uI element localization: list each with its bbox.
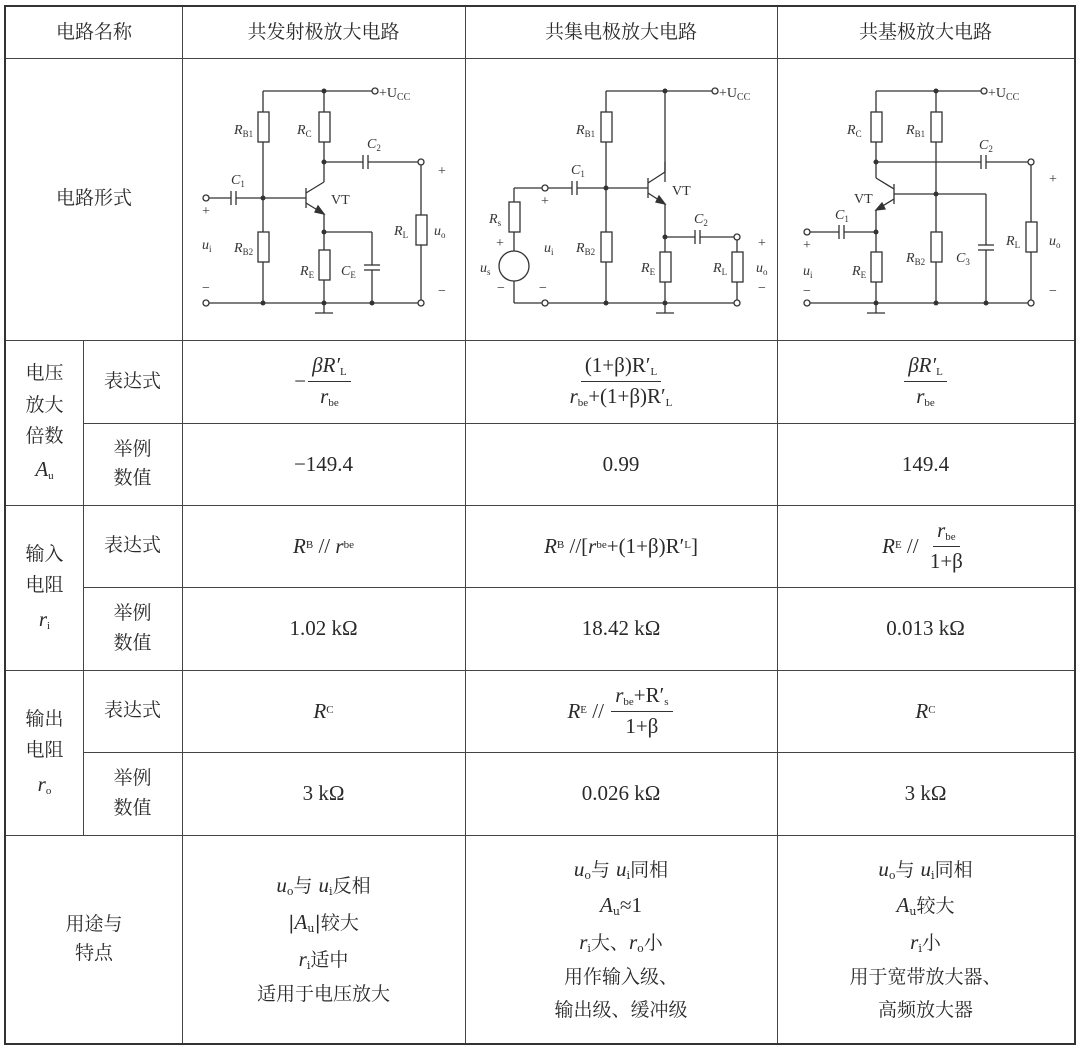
ce-voltage-gain-expr: − βR′Lrbe	[182, 340, 465, 423]
cc-output-resistance-expr: RE // rbe+R′s1+β	[465, 670, 777, 752]
svg-text:ui: ui	[544, 241, 554, 257]
svg-text:uo: uo	[756, 261, 768, 277]
cb-output-resistance-expr: RC	[777, 670, 1074, 752]
voltage-gain-group-label: 电压 放大 倍数 Au	[6, 340, 83, 505]
header-label: 电路名称	[56, 18, 132, 47]
input-resistance-example-label: 举例数值	[83, 587, 182, 670]
svg-text:−: −	[1049, 284, 1057, 299]
ce-features: uo与 ui反相 |Au|较大 ri适中 适用于电压放大	[182, 835, 465, 1043]
feature-line: ri适中	[299, 941, 349, 978]
header-label: 共集电极放大电路	[545, 18, 697, 47]
header-common-base: 共基极放大电路	[777, 7, 1074, 58]
svg-text:RB1: RB1	[233, 123, 253, 139]
svg-text:C1: C1	[231, 173, 245, 189]
voltage-gain-example-label: 举例数值	[83, 423, 182, 505]
feature-line: Au较大	[897, 887, 955, 924]
svg-text:RC: RC	[296, 123, 312, 139]
svg-text:RE: RE	[299, 264, 315, 280]
svg-text:C1: C1	[571, 163, 585, 179]
ce-output-resistance-value: 3 kΩ	[182, 752, 465, 835]
svg-text:VT: VT	[331, 193, 350, 208]
common-collector-diagram-cell: +UCC RB1 C1 VT + Rs C2 + ui RB2 + us RE …	[465, 58, 777, 340]
output-resistance-example-label: 举例数值	[83, 752, 182, 835]
cb-output-resistance-value: 3 kΩ	[777, 752, 1074, 835]
cc-input-resistance-value: 18.42 kΩ	[465, 587, 777, 670]
ce-voltage-gain-value: −149.4	[182, 423, 465, 505]
row-label: 电路形式	[56, 184, 132, 213]
svg-text:+UCC: +UCC	[719, 86, 751, 103]
features-label: 用途与特点	[6, 835, 182, 1043]
svg-text:C2: C2	[694, 212, 708, 228]
svg-text:RE: RE	[851, 264, 867, 280]
svg-text:C2: C2	[979, 138, 993, 154]
svg-text:+: +	[496, 236, 504, 251]
svg-text:Rs: Rs	[488, 212, 502, 228]
svg-text:+UCC: +UCC	[988, 86, 1020, 103]
svg-text:+UCC: +UCC	[379, 86, 411, 103]
group-symbol: Au	[35, 453, 53, 486]
svg-text:−: −	[758, 281, 766, 296]
group-label-line: 倍数	[25, 422, 63, 451]
svg-text:+: +	[438, 164, 446, 179]
feature-line: ri大、ro小	[579, 924, 663, 961]
svg-text:VT: VT	[672, 184, 691, 199]
common-emitter-circuit-diagram: +UCC RB1 RC C2 C1 VT + + ui RB2 RL uo RE…	[182, 58, 465, 340]
ce-input-resistance-value: 1.02 kΩ	[182, 587, 465, 670]
feature-line: uo与 ui同相	[574, 851, 668, 888]
common-base-circuit-diagram: +UCC RC RB1 C2 + VT C1 + RL uo RB2 C3 ui…	[777, 58, 1074, 340]
feature-line: ri小	[910, 924, 941, 961]
svg-text:RB2: RB2	[575, 241, 595, 257]
common-emitter-diagram-cell: +UCC RB1 RC C2 C1 VT + + ui RB2 RL uo RE…	[182, 58, 465, 340]
group-symbol: ri	[39, 603, 50, 636]
svg-text:−: −	[803, 284, 811, 299]
header-label: 共基极放大电路	[859, 18, 992, 47]
header-circuit-name: 电路名称	[6, 7, 182, 58]
cc-input-resistance-expr: RB //[rbe+(1+β)R′L]	[465, 505, 777, 587]
common-base-diagram-cell: +UCC RC RB1 C2 + VT C1 + RL uo RB2 C3 ui…	[777, 58, 1074, 340]
group-symbol: ro	[38, 768, 52, 801]
svg-text:RB2: RB2	[233, 241, 253, 257]
header-common-emitter: 共发射极放大电路	[182, 7, 465, 58]
input-resistance-group-label: 输入 电阻 ri	[6, 505, 83, 670]
svg-text:ui: ui	[202, 238, 212, 254]
svg-text:RE: RE	[640, 261, 656, 277]
svg-text:RL: RL	[1005, 234, 1020, 250]
svg-text:+: +	[202, 204, 210, 219]
cb-features: uo与 ui同相 Au较大 ri小 用于宽带放大器、 高频放大器	[777, 835, 1074, 1043]
output-resistance-group-label: 输出 电阻 ro	[6, 670, 83, 835]
amplifier-comparison-table: 电路名称 共发射极放大电路 共集电极放大电路 共基极放大电路 电路形式	[4, 5, 1076, 1045]
svg-text:−: −	[539, 281, 547, 296]
cb-voltage-gain-value: 149.4	[777, 423, 1074, 505]
ce-input-resistance-expr: RB // rbe	[182, 505, 465, 587]
svg-text:uo: uo	[434, 224, 446, 240]
feature-line: uo与 ui同相	[878, 851, 972, 888]
cc-features: uo与 ui同相 Au≈1 ri大、ro小 用作输入级、 输出级、缓冲级	[465, 835, 777, 1043]
svg-text:RL: RL	[712, 261, 727, 277]
svg-text:RC: RC	[846, 123, 862, 139]
cc-voltage-gain-value: 0.99	[465, 423, 777, 505]
cb-input-resistance-expr: RE // rbe1+β	[777, 505, 1074, 587]
feature-line: 用于宽带放大器、	[849, 961, 1001, 994]
cb-voltage-gain-expr: βR′Lrbe	[777, 340, 1074, 423]
feature-line: |Au|较大	[288, 904, 359, 941]
group-label-line: 放大	[25, 391, 63, 420]
svg-text:VT: VT	[854, 192, 873, 207]
svg-text:CE: CE	[341, 264, 356, 280]
svg-text:C1: C1	[835, 208, 849, 224]
svg-text:RB1: RB1	[905, 123, 925, 139]
svg-text:+: +	[1049, 172, 1057, 187]
voltage-gain-expr-label: 表达式	[83, 340, 182, 423]
cc-voltage-gain-expr: (1+β)R′Lrbe+(1+β)R′L	[465, 340, 777, 423]
feature-line: 用作输入级、	[564, 961, 678, 994]
ce-output-resistance-expr: RC	[182, 670, 465, 752]
group-label-line: 电压	[25, 359, 63, 388]
svg-text:−: −	[202, 281, 210, 296]
svg-text:+: +	[803, 238, 811, 253]
svg-text:+: +	[758, 236, 766, 251]
feature-line: 输出级、缓冲级	[554, 994, 687, 1027]
svg-text:ui: ui	[803, 264, 813, 280]
feature-line: uo与 ui反相	[276, 867, 370, 904]
cb-input-resistance-value: 0.013 kΩ	[777, 587, 1074, 670]
svg-text:−: −	[438, 284, 446, 299]
circuit-form-label: 电路形式	[6, 58, 182, 340]
feature-line: Au≈1	[600, 887, 642, 924]
svg-text:+: +	[541, 194, 549, 209]
common-collector-circuit-diagram: +UCC RB1 C1 VT + Rs C2 + ui RB2 + us RE …	[465, 58, 777, 340]
feature-line: 适用于电压放大	[257, 978, 390, 1011]
feature-line: 高频放大器	[878, 994, 973, 1027]
svg-text:−: −	[497, 281, 505, 296]
svg-text:uo: uo	[1049, 234, 1061, 250]
cc-output-resistance-value: 0.026 kΩ	[465, 752, 777, 835]
svg-text:C3: C3	[956, 251, 970, 267]
svg-text:us: us	[480, 261, 491, 277]
svg-text:RL: RL	[393, 224, 408, 240]
svg-text:RB2: RB2	[905, 251, 925, 267]
input-resistance-expr-label: 表达式	[83, 505, 182, 587]
svg-text:RB1: RB1	[575, 123, 595, 139]
svg-text:C2: C2	[367, 137, 381, 153]
output-resistance-expr-label: 表达式	[83, 670, 182, 752]
header-label: 共发射极放大电路	[247, 18, 399, 47]
header-common-collector: 共集电极放大电路	[465, 7, 777, 58]
